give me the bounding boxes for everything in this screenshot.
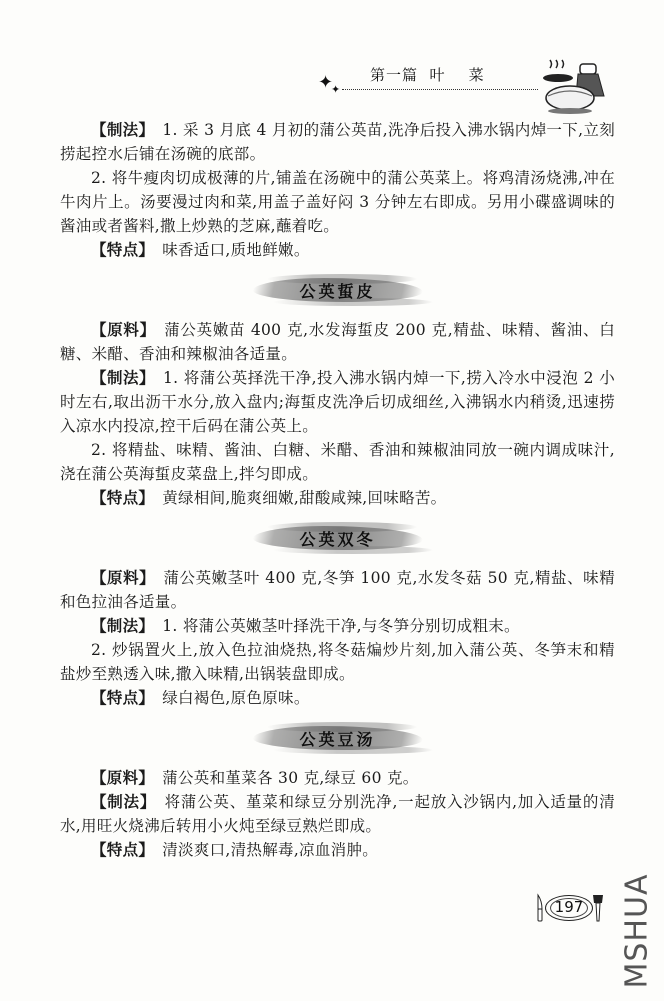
page-number: 197 xyxy=(545,898,593,916)
page-number-badge: 197 xyxy=(535,893,605,923)
recipe-section: 公英双冬 【原料】蒲公英嫩茎叶 400 克,冬笋 100 克,水发冬菇 50 克… xyxy=(60,520,615,710)
feature-paragraph: 【特点】味香适口,质地鲜嫩。 xyxy=(60,238,615,262)
recipe-continuation: 【制法】1. 采 3 月底 4 月初的蒲公英苗,洗净后投入沸水锅内焯一下,立刻捞… xyxy=(60,118,615,262)
feature-text: 清淡爽口,清热解毒,凉血消肿。 xyxy=(162,841,378,859)
knife-icon xyxy=(535,893,545,923)
method-label: 【制法】 xyxy=(91,369,155,387)
dish-title: 公英蜇皮 xyxy=(253,279,423,302)
feature-paragraph: 【特点】清淡爽口,清热解毒,凉血消肿。 xyxy=(60,838,615,862)
method-step-text: 2. 将牛瘦肉切成极薄的片,铺盖在汤碗中的蒲公英菜上。将鸡清汤烧沸,冲在牛肉片上… xyxy=(60,169,615,235)
sparkle-small-icon: ✦ xyxy=(331,84,340,95)
method-step-text: 2. 将精盐、味精、酱油、白糖、米醋、香油和辣椒油同放一碗内调成味汁,浇在蒲公英… xyxy=(60,441,615,483)
header-dotted-rule xyxy=(342,89,538,90)
recipe-section: 公英豆汤 【原料】蒲公英和堇菜各 30 克,绿豆 60 克。 【制法】将蒲公英、… xyxy=(60,720,615,862)
page-body: 【制法】1. 采 3 月底 4 月初的蒲公英苗,洗净后投入沸水锅内焯一下,立刻捞… xyxy=(60,118,615,862)
method-paragraph: 【制法】1. 将蒲公英择洗干净,投入沸水锅内焯一下,捞入冷水中浸泡 2 小时左右… xyxy=(60,366,615,438)
chef-with-pot-icon xyxy=(540,56,610,116)
fork-icon xyxy=(592,893,604,923)
chapter-title: 第一篇 叶 菜 xyxy=(370,64,485,85)
feature-label: 【特点】 xyxy=(91,689,154,707)
method-text: 1. 将蒲公英嫩茎叶择洗干净,与冬笋分别切成粗末。 xyxy=(162,617,520,635)
method-step-paragraph: 2. 炒锅置火上,放入色拉油烧热,将冬菇煸炒片刻,加入蒲公英、冬笋末和精盐炒至熟… xyxy=(60,638,615,686)
dish-title-banner: 公英蜇皮 xyxy=(253,272,423,308)
method-paragraph: 【制法】将蒲公英、堇菜和绿豆分别洗净,一起放入沙锅内,加入适量的清水,用旺火烧沸… xyxy=(60,790,615,838)
watermark-text: MSHUA xyxy=(620,879,655,989)
method-step-text: 2. 炒锅置火上,放入色拉油烧热,将冬菇煸炒片刻,加入蒲公英、冬笋末和精盐炒至熟… xyxy=(60,641,615,683)
method-label: 【制法】 xyxy=(91,793,156,811)
feature-label: 【特点】 xyxy=(91,841,154,859)
method-step-paragraph: 2. 将牛瘦肉切成极薄的片,铺盖在汤碗中的蒲公英菜上。将鸡清汤烧沸,冲在牛肉片上… xyxy=(60,166,615,238)
ingredients-text: 蒲公英和堇菜各 30 克,绿豆 60 克。 xyxy=(162,769,418,787)
dish-title-banner: 公英豆汤 xyxy=(253,720,423,756)
recipe-section: 公英蜇皮 【原料】蒲公英嫩苗 400 克,水发海蜇皮 200 克,精盐、味精、酱… xyxy=(60,272,615,510)
dish-title-banner: 公英双冬 xyxy=(253,520,423,556)
ingredients-label: 【原料】 xyxy=(91,569,155,587)
watermark: MSHUA xyxy=(618,880,658,990)
method-paragraph: 【制法】1. 将蒲公英嫩茎叶择洗干净,与冬笋分别切成粗末。 xyxy=(60,614,615,638)
dish-title: 公英双冬 xyxy=(253,527,423,550)
method-step-paragraph: 2. 将精盐、味精、酱油、白糖、米醋、香油和辣椒油同放一碗内调成味汁,浇在蒲公英… xyxy=(60,438,615,486)
feature-text: 绿白褐色,原色原味。 xyxy=(162,689,309,707)
ingredients-paragraph: 【原料】蒲公英和堇菜各 30 克,绿豆 60 克。 xyxy=(60,766,615,790)
feature-paragraph: 【特点】黄绿相间,脆爽细嫩,甜酸咸辣,回味略苦。 xyxy=(60,486,615,510)
method-label: 【制法】 xyxy=(91,121,154,139)
feature-label: 【特点】 xyxy=(91,241,154,259)
feature-text: 味香适口,质地鲜嫩。 xyxy=(162,241,309,259)
ingredients-label: 【原料】 xyxy=(91,769,154,787)
feature-text: 黄绿相间,脆爽细嫩,甜酸咸辣,回味略苦。 xyxy=(162,489,446,507)
feature-label: 【特点】 xyxy=(91,489,154,507)
ingredients-paragraph: 【原料】蒲公英嫩苗 400 克,水发海蜇皮 200 克,精盐、味精、酱油、白糖、… xyxy=(60,318,615,366)
method-label: 【制法】 xyxy=(91,617,154,635)
feature-paragraph: 【特点】绿白褐色,原色原味。 xyxy=(60,686,615,710)
ingredients-paragraph: 【原料】蒲公英嫩茎叶 400 克,冬笋 100 克,水发冬菇 50 克,精盐、味… xyxy=(60,566,615,614)
method-paragraph: 【制法】1. 采 3 月底 4 月初的蒲公英苗,洗净后投入沸水锅内焯一下,立刻捞… xyxy=(60,118,615,166)
running-header: ✦ ✦ 第一篇 叶 菜 xyxy=(308,56,638,116)
ingredients-label: 【原料】 xyxy=(91,321,156,339)
dish-title: 公英豆汤 xyxy=(253,727,423,750)
